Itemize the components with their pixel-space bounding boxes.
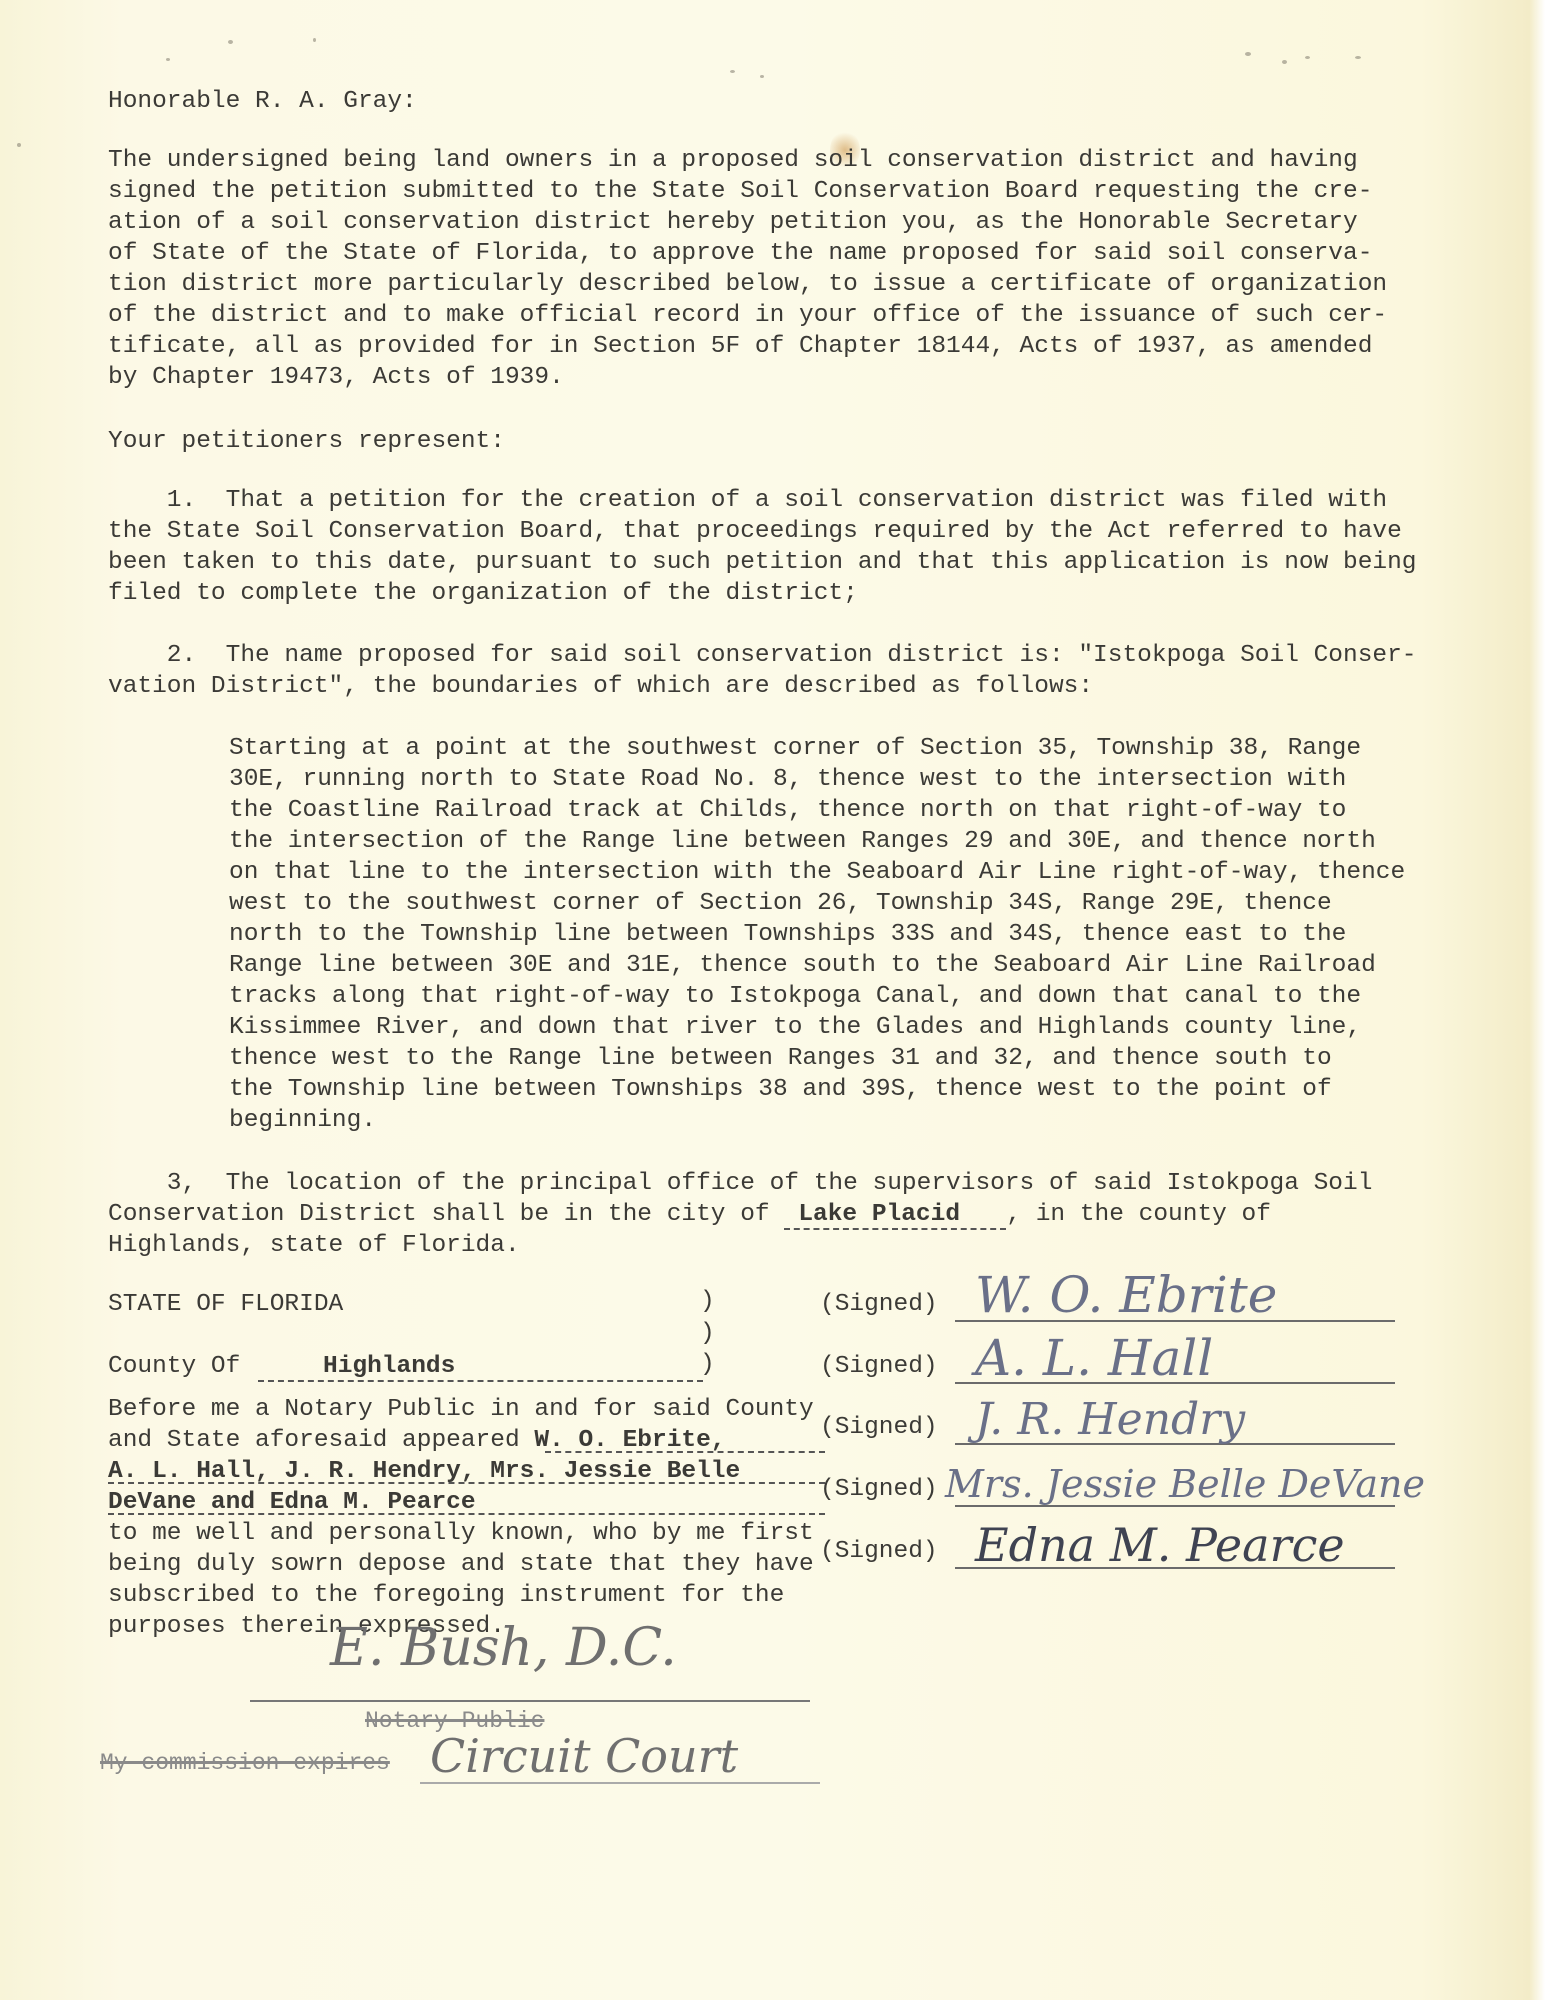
intro-line: The undersigned being land owners in a p…	[108, 145, 1387, 176]
notary-statement: Before me a Notary Public in and for sai…	[108, 1394, 814, 1642]
item-3-line: 3, The location of the principal office …	[108, 1168, 1372, 1199]
paper-speck	[1282, 60, 1287, 64]
boundary-line: the Coastline Railroad track at Childs, …	[229, 795, 1405, 826]
paper-speck	[1245, 52, 1251, 56]
item-3-line: Conservation District shall be in the ci…	[108, 1199, 1372, 1230]
item-2-paragraph: 2. The name proposed for said soil conse…	[108, 640, 1417, 702]
item-1-line: filed to complete the organization of th…	[108, 578, 1417, 609]
bracket-paren: )	[700, 1290, 715, 1315]
boundary-line: Starting at a point at the southwest cor…	[229, 733, 1405, 764]
notary-signature: E. Bush, D.C.	[330, 1622, 677, 1674]
boundary-line: Range line between 30E and 31E, thence s…	[229, 950, 1405, 981]
boundary-line: thence west to the Range line between Ra…	[229, 1043, 1405, 1074]
boundary-line: beginning.	[229, 1105, 1405, 1136]
item-1-line: the State Soil Conservation Board, that …	[108, 516, 1417, 547]
intro-paragraph: The undersigned being land owners in a p…	[108, 145, 1387, 393]
bracket-paren: )	[700, 1353, 715, 1378]
paper-speck	[1355, 56, 1361, 59]
boundary-line: tracks along that right-of-way to Istokp…	[229, 981, 1405, 1012]
notary-line: Before me a Notary Public in and for sai…	[108, 1394, 814, 1425]
signed-label: (Signed)	[820, 1355, 938, 1380]
boundary-line: north to the Township line between Towns…	[229, 919, 1405, 950]
county-field: Highlands	[323, 1355, 455, 1380]
paper-speck	[313, 38, 316, 42]
document-page: Honorable R. A. Gray: The undersigned be…	[0, 0, 1545, 2000]
notary-line: subscribed to the foregoing instrument f…	[108, 1580, 814, 1611]
item-3-paragraph: 3, The location of the principal office …	[108, 1168, 1372, 1261]
item-2-line: 2. The name proposed for said soil conse…	[108, 640, 1417, 671]
paper-speck	[228, 40, 233, 44]
notary-line: being duly sowrn depose and state that t…	[108, 1549, 814, 1580]
signature-hall: A. L. Hall	[975, 1333, 1213, 1383]
item-1-line: 1. That a petition for the creation of a…	[108, 485, 1417, 516]
appeared-underline	[108, 1513, 825, 1515]
bracket-paren: )	[700, 1322, 715, 1347]
commission-label: My commission expires	[100, 1752, 390, 1775]
boundary-line: on that line to the intersection with th…	[229, 857, 1405, 888]
intro-line: tificate, all as provided for in Section…	[108, 331, 1387, 362]
boundary-line: the intersection of the Range line betwe…	[229, 826, 1405, 857]
salutation: Honorable R. A. Gray:	[108, 90, 417, 115]
paper-speck	[166, 58, 170, 61]
county-label: County Of	[108, 1355, 240, 1380]
boundary-line: 30E, running north to State Road No. 8, …	[229, 764, 1405, 795]
appeared-name: W. O. Ebrite,	[534, 1427, 725, 1454]
intro-line: of State of the State of Florida, to app…	[108, 238, 1387, 269]
intro-line: of the district and to make official rec…	[108, 300, 1387, 331]
signature-ebrite: W. O. Ebrite	[975, 1270, 1277, 1320]
item-3-line: Highlands, state of Florida.	[108, 1230, 1372, 1261]
notary-line: to me well and personally known, who by …	[108, 1518, 814, 1549]
appeared-underline	[545, 1451, 825, 1453]
commission-line	[420, 1782, 820, 1784]
paper-speck	[730, 70, 735, 73]
represent-heading: Your petitioners represent:	[108, 430, 505, 455]
county-underline	[258, 1380, 703, 1382]
intro-line: signed the petition submitted to the Sta…	[108, 176, 1387, 207]
city-field: Lake Placid	[784, 1202, 1006, 1230]
signature-devane: Mrs. Jessie Belle DeVane	[945, 1465, 1425, 1503]
paper-speck	[760, 75, 764, 78]
signed-label: (Signed)	[820, 1416, 938, 1441]
boundary-line: Kissimmee River, and down that river to …	[229, 1012, 1405, 1043]
notary-signature-line	[250, 1700, 810, 1702]
signed-label: (Signed)	[820, 1540, 938, 1565]
paper-speck	[17, 143, 21, 147]
intro-line: tion district more particularly describe…	[108, 269, 1387, 300]
state-label: STATE OF FLORIDA	[108, 1293, 343, 1318]
appeared-underline	[108, 1482, 825, 1484]
paper-speck	[1305, 56, 1310, 59]
item-2-line: vation District", the boundaries of whic…	[108, 671, 1417, 702]
boundary-line: the Township line between Townships 38 a…	[229, 1074, 1405, 1105]
item-1-line: been taken to this date, pursuant to suc…	[108, 547, 1417, 578]
commission-signature: Circuit Court	[430, 1733, 738, 1779]
intro-line: by Chapter 19473, Acts of 1939.	[108, 362, 1387, 393]
boundaries-description: Starting at a point at the southwest cor…	[229, 733, 1405, 1136]
boundary-line: west to the southwest corner of Section …	[229, 888, 1405, 919]
intro-line: ation of a soil conservation district he…	[108, 207, 1387, 238]
item-1-paragraph: 1. That a petition for the creation of a…	[108, 485, 1417, 609]
signature-pearce: Edna M. Pearce	[975, 1522, 1345, 1568]
signed-label: (Signed)	[820, 1478, 938, 1503]
signed-label: (Signed)	[820, 1293, 938, 1318]
signature-hendry: J. R. Hendry	[975, 1398, 1245, 1442]
